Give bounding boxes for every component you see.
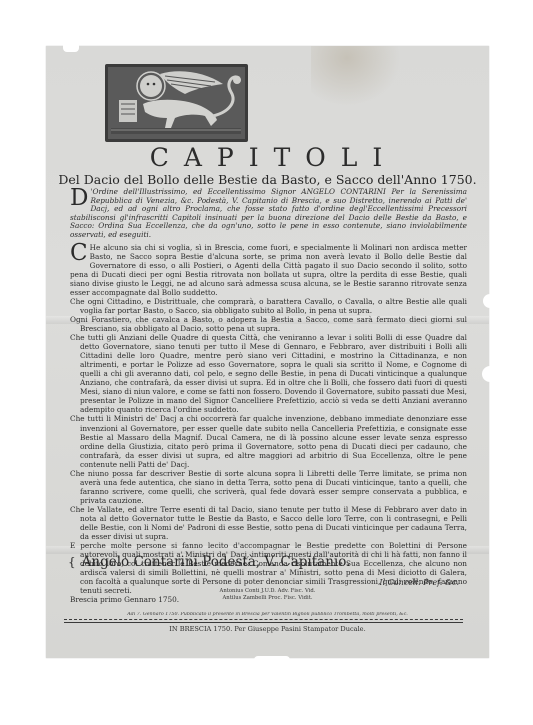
chapter-paragraph: Che ogni Cittadino, e Distrittuale, che …: [70, 297, 467, 315]
signatory-name: Angelo Contarini Podestà, V. Capitanio.: [82, 554, 351, 570]
officials-block: Antonius Conti J.U.D. Adv. Fisc. Vid. An…: [46, 588, 489, 601]
chapter-paragraph: Che niuno possa far descriver Bestie di …: [70, 469, 467, 505]
document-sheet: CAPITOLI Del Dacio del Bollo delle Besti…: [46, 46, 489, 658]
chapter-paragraph: Che le Vallate, ed altre Terre esenti di…: [70, 505, 467, 541]
printer-imprint: IN BRESCIA 1750. Per Giuseppe Pasini Sta…: [46, 625, 489, 633]
drop-cap: C: [70, 244, 88, 263]
paper-tear: [483, 294, 491, 308]
document-body: D'Ordine dell'Illustrissimo, ed Eccellen…: [70, 188, 467, 604]
intro-paragraph: D'Ordine dell'Illustrissimo, ed Eccellen…: [70, 188, 467, 240]
paper-tear: [254, 656, 290, 660]
chapter-paragraph: Che tutti li Ministri de' Dacj a chi occ…: [70, 414, 467, 468]
lion-of-saint-mark-icon: [105, 64, 248, 142]
chapter-paragraph: Che tutti gli Anziani delle Quadre di qu…: [70, 333, 467, 414]
paper-tear: [482, 366, 491, 382]
chapter-text: He alcuno sia chi si voglia, sì in Bresc…: [70, 243, 467, 297]
official-line: Antilus Zambelli Proc. Fisc. Vidit.: [46, 595, 489, 602]
document-subtitle: Del Dacio del Bollo delle Bestie da Bast…: [46, 172, 489, 187]
intro-text: 'Ordine dell'Illustrissimo, ed Eccellent…: [70, 187, 467, 239]
chancellor-note: Il Cancell. Pref. &c.: [379, 578, 459, 587]
signature-line: {Angelo Contarini Podestà, V. Capitanio.: [68, 554, 350, 570]
chapter-paragraph: CHe alcuno sia chi si voglia, sì in Bres…: [70, 243, 467, 297]
drop-cap: D: [70, 189, 88, 208]
divider: [64, 619, 463, 620]
divider: [64, 622, 463, 623]
chapter-paragraph: Ogni Forastiero, che cavalca a Basto, o …: [70, 315, 467, 333]
brace-mark-icon: {: [68, 555, 76, 569]
paper-stain: [311, 46, 401, 106]
paper-tear: [63, 45, 79, 52]
publication-note: Adì 7. Gennaro 1750. Pubblicato il prese…: [64, 612, 471, 617]
document-title: CAPITOLI: [46, 143, 489, 172]
